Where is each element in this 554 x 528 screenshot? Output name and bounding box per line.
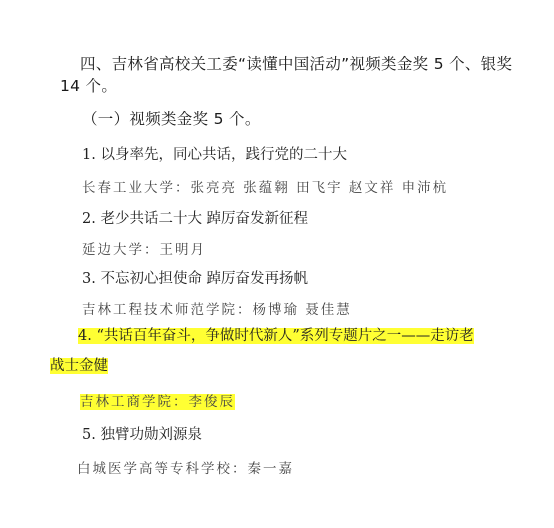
subsection-title: （一）视频类金奖 5 个。	[82, 107, 261, 129]
highlighted-text: 吉林工商学院：李俊辰	[80, 394, 235, 410]
award-title-4-continued: 战士金健	[50, 354, 108, 375]
section-title: 四、吉林省高校关工委“读懂中国活动”视频类金奖 5 个、银奖	[80, 52, 512, 74]
award-org-1: 长春工业大学：张亮亮 张蕴翱 田飞宇 赵文祥 申沛杭	[82, 176, 448, 196]
award-title-3: 3. 不忘初心担使命 踔厉奋发再扬帆	[82, 267, 308, 288]
award-org-3: 吉林工程技术师范学院：杨博瑜 聂佳慧	[82, 298, 352, 318]
award-title-2: 2. 老少共话二十大 踔厉奋发新征程	[82, 207, 308, 228]
highlighted-text: 4. “共话百年奋斗，争做时代新人”系列专题片之一——走访老	[78, 328, 474, 344]
award-org-5: 白城医学高等专科学校：秦一嘉	[77, 457, 294, 477]
award-title-4: 4. “共话百年奋斗，争做时代新人”系列专题片之一——走访老	[78, 324, 474, 345]
award-org-2: 延边大学：王明月	[82, 238, 206, 258]
award-title-5: 5. 独臂功勋刘源泉	[82, 423, 202, 444]
award-title-1: 1. 以身率先，同心共话，践行党的二十大	[82, 143, 347, 164]
highlighted-text: 战士金健	[50, 358, 108, 374]
section-title-continued: 14 个。	[60, 74, 117, 96]
award-org-4: 吉林工商学院：李俊辰	[80, 390, 235, 410]
